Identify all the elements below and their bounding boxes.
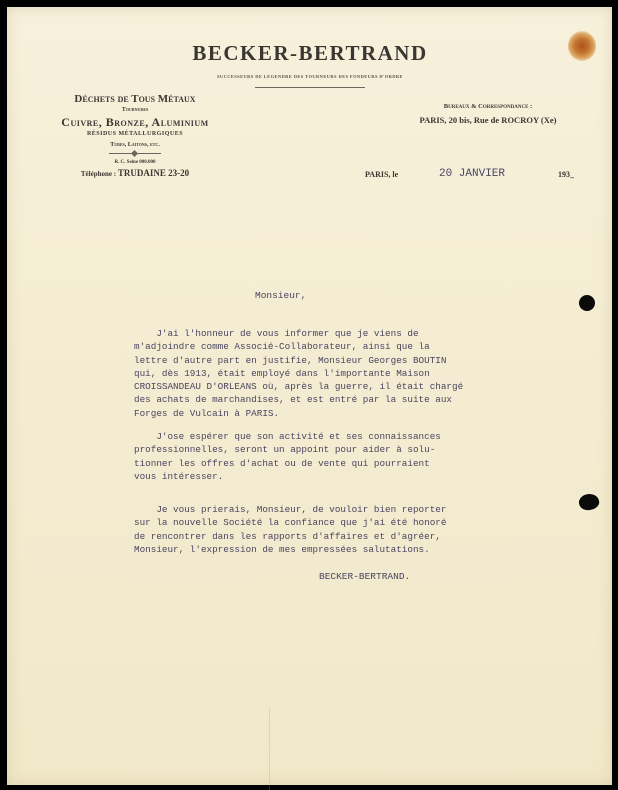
fold-crease <box>269 707 270 790</box>
date-line: PARIS, le 20 JANVIER 193_ <box>365 170 605 179</box>
phone-label: Téléphone : <box>81 170 116 178</box>
salutation: Monsieur, <box>255 290 306 301</box>
date-day: 20 JANVIER <box>439 168 505 180</box>
company-name: BECKER-BERTRAND <box>150 41 470 66</box>
registry-line: R. C. Seine 000.000 <box>35 158 235 168</box>
phone-line: Téléphone : TRUDAINE 23-20 <box>35 168 235 180</box>
company-tagline: SUCCESSEURS DE LEGENDRE DES TOURNEURS DE… <box>150 74 470 79</box>
paragraph-1: J'ai l'honneur de vous informer que je v… <box>134 327 564 420</box>
signature: BECKER-BERTRAND. <box>319 571 410 582</box>
date-year: 193_ <box>558 170 574 179</box>
office-label: Bureaux & Correspondance : <box>373 101 603 113</box>
residues-line: RÉSIDUS MÉTALLURGIQUES <box>35 129 235 140</box>
punch-hole-top <box>579 295 595 311</box>
rust-stain <box>568 31 596 61</box>
paragraph-3: Je vous prierais, Monsieur, de vouloir b… <box>134 503 564 556</box>
letterhead-divider <box>255 87 365 88</box>
ornament-divider <box>109 153 161 154</box>
office-address: Bureaux & Correspondance : PARIS, 20 bis… <box>373 101 603 127</box>
date-place: PARIS, le <box>365 170 398 179</box>
tubes-line: Tubes, Laitons, etc. <box>35 140 235 150</box>
paragraph-2: J'ose espérer que son activité et ses co… <box>134 430 564 483</box>
punch-hole-bottom <box>577 492 600 513</box>
phone-number: TRUDAINE 23-20 <box>118 168 189 178</box>
metals-line: Cuivre, Bronze, Aluminium <box>35 116 235 129</box>
scrap-metals-line: Déchets de Tous Métaux <box>35 93 235 105</box>
business-description: Déchets de Tous Métaux Tournures Cuivre,… <box>35 93 235 180</box>
office-address-line: PARIS, 20 bis, Rue de ROCROY (Xe) <box>373 113 603 127</box>
